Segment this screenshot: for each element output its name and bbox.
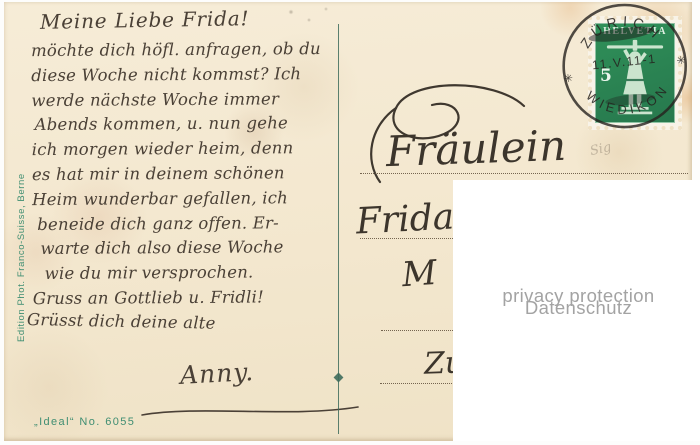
message-line: werde nächste Woche immer [31,87,337,114]
message-line: Gruss an Gottlieb u. Fridli! [33,285,339,312]
message-line: Grüsst dich deine alte [27,308,339,339]
address-line-frida: Frida [355,196,455,242]
message-line: beneide dich ganz offen. Er- [37,211,338,238]
publisher-imprint-vertical: Edition Phot. Franco-Suisse, Berne [16,150,27,342]
postcard-scan: Meine Liebe Frida! möchte dich höfl. anf… [0,0,700,445]
message-line: möchte dich höfl. anfragen, ob du [31,37,337,64]
pencil-note: Sig [589,140,613,159]
postmark-ornament-left-icon: ✳ [563,73,573,86]
message-line: warte dich also diese Woche [40,235,338,262]
message-line: ich morgen wieder heim, denn [32,136,338,163]
message-line: es hat mir in deinem schönen [32,161,338,188]
address-line-fraulein: Fräulein [385,121,567,176]
postmark-ornament-right-icon: ✳ [676,55,686,68]
signature: Anny. [179,357,254,390]
message-block: möchte dich höfl. anfragen, ob du diese … [31,37,339,337]
address-line-street: M [401,253,439,295]
privacy-overlay-text: privacy protection Datenschutz [453,286,700,317]
signature-flourish [140,403,362,419]
message-line: wie du mir versprochen. [45,260,339,287]
series-number-imprint: „Ideal“ No. 6055 [34,416,135,428]
postcard-back: Meine Liebe Frida! möchte dich höfl. anf… [4,2,692,441]
postmark: ZÜRICH WIEDIKON 11.V.11-1 ✳ ✳ [542,0,700,144]
postmark-date: 11.V.11-1 [591,52,657,73]
privacy-overlay-box: privacy protection Datenschutz [453,180,700,441]
divider-diamond-ornament [334,373,344,383]
address-ruled-dotline [360,173,688,174]
message-salutation: Meine Liebe Frida! [40,6,250,34]
message-line: Heim wunderbar gefallen, ich [32,186,338,213]
message-line: Abends kommen, u. nun gehe [34,111,337,138]
privacy-text-line2: Datenschutz [453,298,700,317]
message-line: diese Woche nicht kommst? Ich [31,62,337,89]
address-ruled-dotline [360,238,455,239]
